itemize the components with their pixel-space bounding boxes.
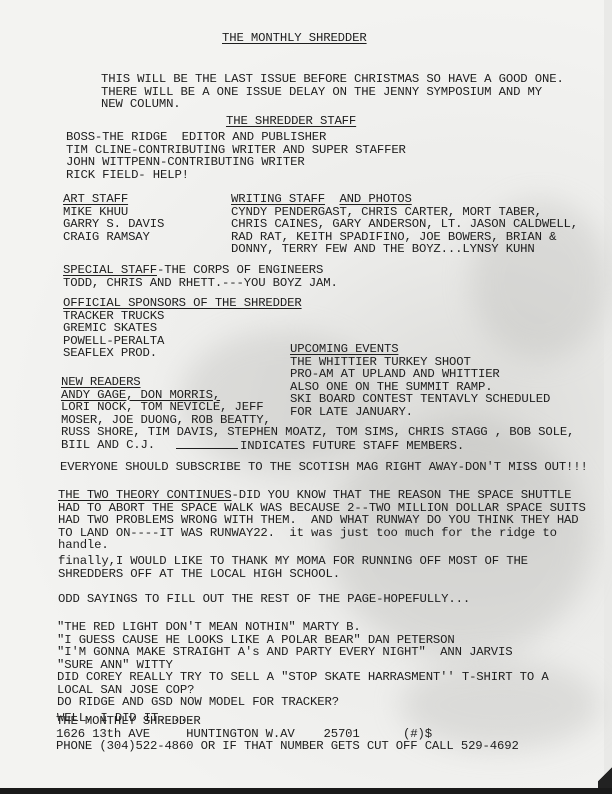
underline-sample <box>176 448 238 449</box>
art-staff-heading: ART STAFF <box>63 193 164 206</box>
intro-paragraph: THIS WILL BE THE LAST ISSUE BEFORE CHRIS… <box>101 73 564 111</box>
staff-heading: THE SHREDDER STAFF <box>226 115 356 128</box>
sponsors-heading: OFFICIAL SPONSORS OF THE SHREDDER <box>63 297 302 310</box>
writing-staff-heading: WRITING STAFF AND PHOTOS <box>231 193 578 206</box>
special-staff: SPECIAL STAFF-THE CORPS OF ENGINEERSTODD… <box>63 264 338 289</box>
sayings-list: "THE RED LIGHT DON'T MEAN NOTHIN" MARTY … <box>57 621 549 724</box>
odd-sayings-heading: ODD SAYINGS TO FILL OUT THE REST OF THE … <box>58 593 470 606</box>
events-heading: UPCOMING EVENTS <box>290 343 550 356</box>
two-theory-paragraph: THE TWO THEORY CONTINUES-DID YOU KNOW TH… <box>58 489 586 552</box>
theory-heading: THE TWO THEORY CONTINUES <box>58 488 232 502</box>
writing-staff: WRITING STAFF AND PHOTOSCYNDY PENDERGAST… <box>231 193 578 256</box>
scan-edge <box>0 788 612 794</box>
subscribe-note: EVERYONE SHOULD SUBSCRIBE TO THE SCOTISH… <box>60 461 588 474</box>
footer-address: THE MONTHLY SHREDDER1626 13th AVE HUNTIN… <box>56 715 519 753</box>
art-staff: ART STAFFMIKE KHUUGARRY S. DAVISCRAIG RA… <box>63 193 164 243</box>
saying: "THE RED LIGHT DON'T MEAN NOTHIN" MARTY … <box>57 621 549 634</box>
saying: DO RIDGE AND GSD NOW MODEL FOR TRACKER? <box>57 696 549 709</box>
newsletter-title: THE MONTHLY SHREDDER <box>222 32 367 45</box>
saying: "I'M GONNA MAKE STRAIGHT A's AND PARTY E… <box>57 646 549 659</box>
newsletter-page: THE MONTHLY SHREDDER THIS WILL BE THE LA… <box>0 0 604 788</box>
new-readers-heading: NEW READERS <box>61 376 574 389</box>
future-staff-legend: INDICATES FUTURE STAFF MEMBERS. <box>176 440 464 453</box>
special-staff-heading: SPECIAL STAFF <box>63 263 157 277</box>
saying: DID COREY REALLY TRY TO SELL A "STOP SKA… <box>57 671 549 684</box>
thanks-paragraph: finally,I WOULD LIKE TO THANK MY MOMA FO… <box>58 555 528 580</box>
sponsors: OFFICIAL SPONSORS OF THE SHREDDERTRACKER… <box>63 297 302 360</box>
staff-list: BOSS-THE RIDGE EDITOR AND PUBLISHERTIM C… <box>66 131 406 181</box>
